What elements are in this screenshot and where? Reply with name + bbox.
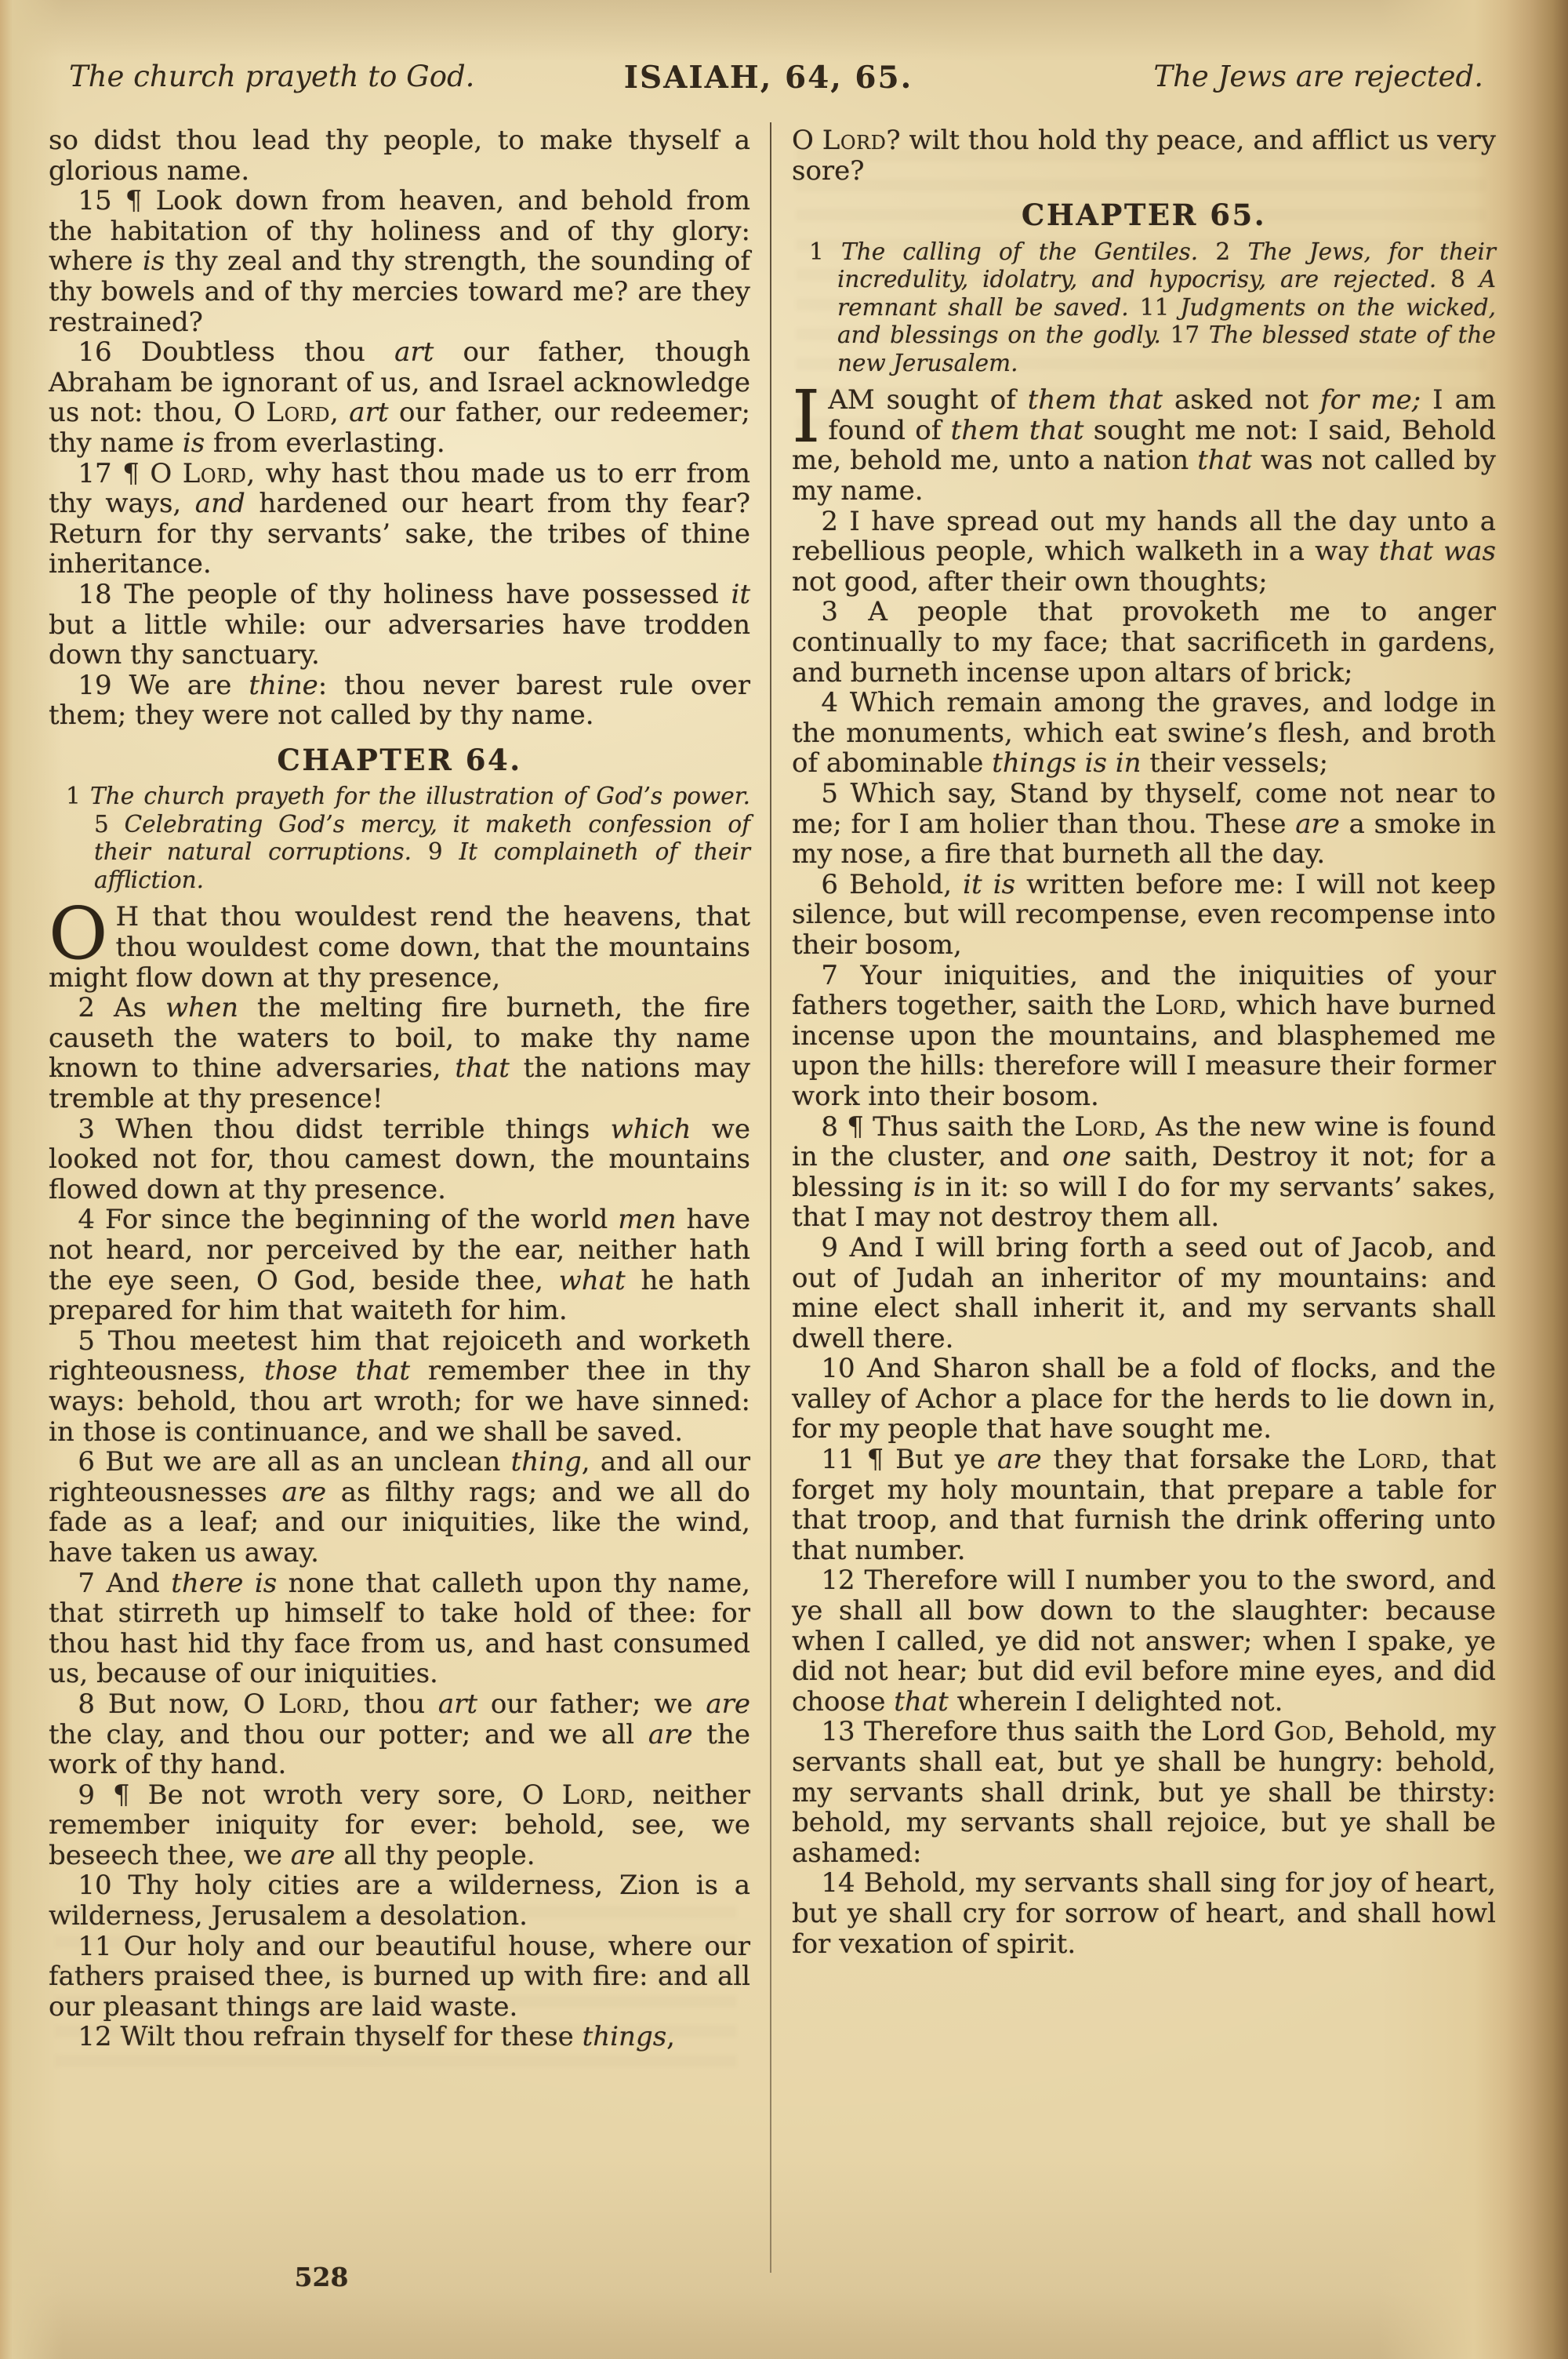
- supplied-word-italic: are: [291, 1840, 336, 1871]
- verse: 10 And Sharon shall be a fold of flocks,…: [792, 1354, 1496, 1445]
- verse: 5 Thou meetest him that rejoiceth and wo…: [49, 1326, 750, 1447]
- verse: 2 I have spread out my hands all the day…: [792, 507, 1496, 598]
- verse: 8 But now, O Lord, thou art our father; …: [49, 1689, 750, 1780]
- supplied-word-italic: one: [1062, 1141, 1112, 1172]
- supplied-word-italic: are: [281, 1477, 326, 1508]
- supplied-word-italic: is: [143, 245, 165, 277]
- drop-cap-initial: O: [49, 902, 115, 961]
- supplied-word-italic: The calling of the Gentiles.: [841, 238, 1198, 265]
- supplied-word-italic: when: [165, 992, 238, 1023]
- supplied-word-italic: things is in: [992, 747, 1141, 779]
- supplied-word-italic: art: [349, 397, 388, 428]
- column-divider-rule: [770, 122, 771, 2273]
- supplied-word-italic: it: [731, 579, 750, 610]
- verse-with-dropcap: IAM sought of them that asked not for me…: [792, 385, 1496, 506]
- verse: 16 Doubtless thou art our father, though…: [49, 337, 750, 458]
- supplied-word-italic: them that: [1028, 384, 1163, 416]
- chapter-summary: 1 The calling of the Gentiles. 2 The Jew…: [792, 238, 1496, 378]
- verse: 9 And I will bring forth a seed out of J…: [792, 1233, 1496, 1354]
- chapter-summary: 1 The church prayeth for the illustratio…: [49, 783, 750, 894]
- verse-with-dropcap: OH that thou wouldest rend the heavens, …: [49, 902, 750, 993]
- supplied-word-italic: are: [997, 1444, 1042, 1475]
- verse: 7 Your iniquities, and the iniquities of…: [792, 961, 1496, 1112]
- supplied-word-italic: are: [648, 1719, 693, 1750]
- drop-cap-initial: I: [792, 385, 828, 445]
- supplied-word-italic: them that: [951, 415, 1084, 446]
- verse: 10 Thy holy cities are a wilderness, Zio…: [49, 1870, 750, 1931]
- supplied-word-italic: that was: [1379, 536, 1496, 567]
- divine-name-smallcaps: Lord: [562, 1779, 626, 1811]
- verse-continuation: O Lord? wilt thou hold thy peace, and af…: [792, 125, 1496, 186]
- divine-name-smallcaps: Lord: [1155, 990, 1219, 1021]
- supplied-word-italic: is: [183, 427, 205, 459]
- supplied-word-italic: that: [1197, 445, 1252, 476]
- divine-name-smallcaps: Lord: [278, 1688, 343, 1720]
- verse: 4 For since the beginning of the world m…: [49, 1205, 750, 1325]
- supplied-word-italic: thine: [249, 670, 318, 701]
- verse: 3 When thou didst terrible things which …: [49, 1114, 750, 1205]
- supplied-word-italic: for me;: [1320, 384, 1421, 416]
- supplied-word-italic: there is: [171, 1568, 277, 1599]
- divine-name-smallcaps: Lord: [1075, 1111, 1139, 1143]
- verse: 8 ¶ Thus saith the Lord, As the new wine…: [792, 1112, 1496, 1233]
- supplied-word-italic: men: [618, 1204, 676, 1235]
- verse: 15 ¶ Look down from heaven, and behold f…: [49, 186, 750, 337]
- supplied-word-italic: are: [1295, 809, 1340, 840]
- supplied-word-italic: it is: [963, 869, 1015, 900]
- supplied-word-italic: that: [894, 1686, 949, 1717]
- page-surface: The church prayeth to God. ISAIAH, 64, 6…: [0, 0, 1568, 2359]
- verse: 3 A people that provoketh me to anger co…: [792, 597, 1496, 688]
- divine-name-smallcaps: Lord: [183, 458, 247, 489]
- verse: 2 As when the melting fire burneth, the …: [49, 993, 750, 1114]
- supplied-word-italic: and: [195, 488, 245, 519]
- verse: 11 Our holy and our beautiful house, whe…: [49, 1932, 750, 2023]
- supplied-word-italic: thing: [511, 1446, 582, 1478]
- supplied-word-italic: The church prayeth for the illustration …: [90, 783, 750, 809]
- left-column: so didst thou lead thy people, to make t…: [49, 125, 750, 2052]
- supplied-word-italic: art: [438, 1688, 477, 1720]
- supplied-word-italic: things: [583, 2021, 667, 2052]
- right-column: O Lord? wilt thou hold thy peace, and af…: [792, 125, 1496, 1959]
- supplied-word-italic: which: [611, 1114, 691, 1145]
- verse: 12 Wilt thou refrain thyself for these t…: [49, 2022, 750, 2052]
- verse: 7 And there is none that calleth upon th…: [49, 1568, 750, 1689]
- verse: 6 But we are all as an unclean thing, an…: [49, 1447, 750, 1568]
- supplied-word-italic: are: [706, 1688, 750, 1720]
- supplied-word-italic: that: [455, 1052, 510, 1084]
- verse: 13 Therefore thus saith the Lord God, Be…: [792, 1717, 1496, 1868]
- verse: 5 Which say, Stand by thyself, come not …: [792, 779, 1496, 870]
- verse-continuation: so didst thou lead thy people, to make t…: [49, 125, 750, 186]
- supplied-word-italic: art: [394, 336, 434, 368]
- divine-name-smallcaps: Lord: [822, 125, 887, 156]
- chapter-heading: CHAPTER 64.: [49, 745, 750, 776]
- verse: 11 ¶ But ye are they that forsake the Lo…: [792, 1445, 1496, 1565]
- divine-name-smallcaps: Lord: [266, 397, 330, 428]
- verse: 4 Which remain among the graves, and lod…: [792, 688, 1496, 779]
- verse: 12 Therefore will I number you to the sw…: [792, 1565, 1496, 1717]
- divine-name-smallcaps: Lord: [1357, 1444, 1421, 1475]
- running-head-right: The Jews are rejected.: [1153, 60, 1483, 93]
- verse: 9 ¶ Be not wroth very sore, O Lord, neit…: [49, 1780, 750, 1871]
- verse: 6 Behold, it is written before me: I wil…: [792, 870, 1496, 961]
- divine-name-smallcaps: God: [1274, 1716, 1327, 1747]
- page-number: 528: [125, 2262, 517, 2292]
- supplied-word-italic: what: [559, 1265, 626, 1296]
- verse: 18 The people of thy holiness have posse…: [49, 580, 750, 671]
- chapter-heading: CHAPTER 65.: [792, 200, 1496, 231]
- supplied-word-italic: is: [913, 1172, 935, 1203]
- verse: 17 ¶ O Lord, why hast thou made us to er…: [49, 459, 750, 580]
- supplied-word-italic: those that: [264, 1355, 410, 1387]
- verse: 14 Behold, my servants shall sing for jo…: [792, 1868, 1496, 1959]
- bible-page-scan: { "colors": { "paper": "#e7d5a8", "ink":…: [0, 0, 1568, 2359]
- verse: 19 We are thine: thou never barest rule …: [49, 671, 750, 731]
